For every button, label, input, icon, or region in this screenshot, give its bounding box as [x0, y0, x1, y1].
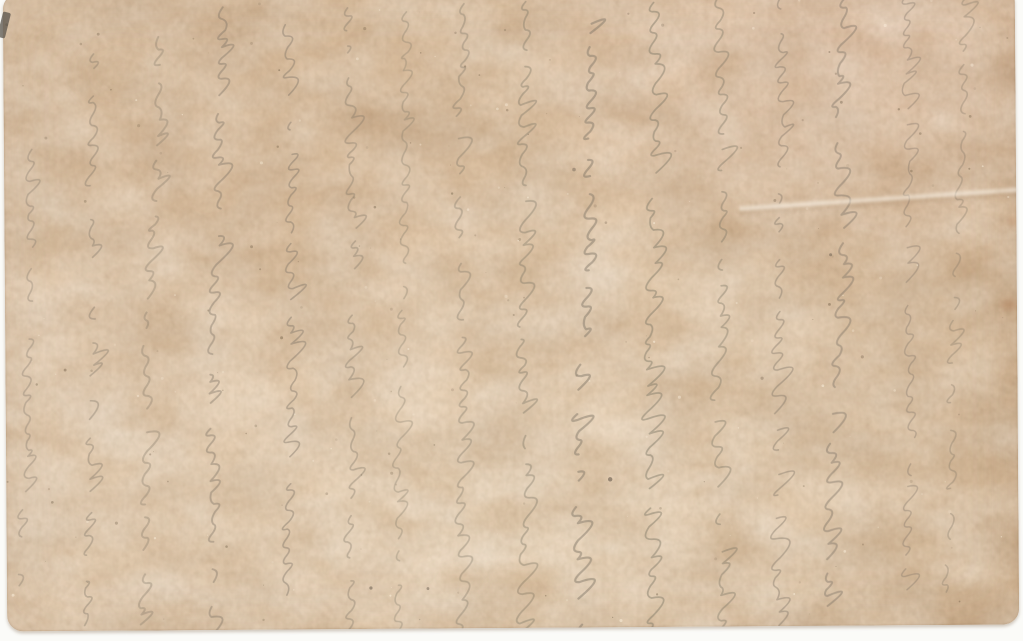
stain: [1005, 215, 1019, 227]
stain: [836, 227, 896, 271]
stain: [999, 296, 1019, 312]
stain: [457, 556, 567, 621]
stain: [604, 138, 684, 191]
scan-background: [0, 0, 1023, 641]
stain-layer: [3, 0, 1019, 632]
stain: [434, 560, 490, 596]
stain: [157, 593, 217, 621]
stain: [889, 64, 941, 100]
postcard: [3, 0, 1019, 632]
stain: [771, 240, 819, 272]
stain: [63, 27, 184, 118]
